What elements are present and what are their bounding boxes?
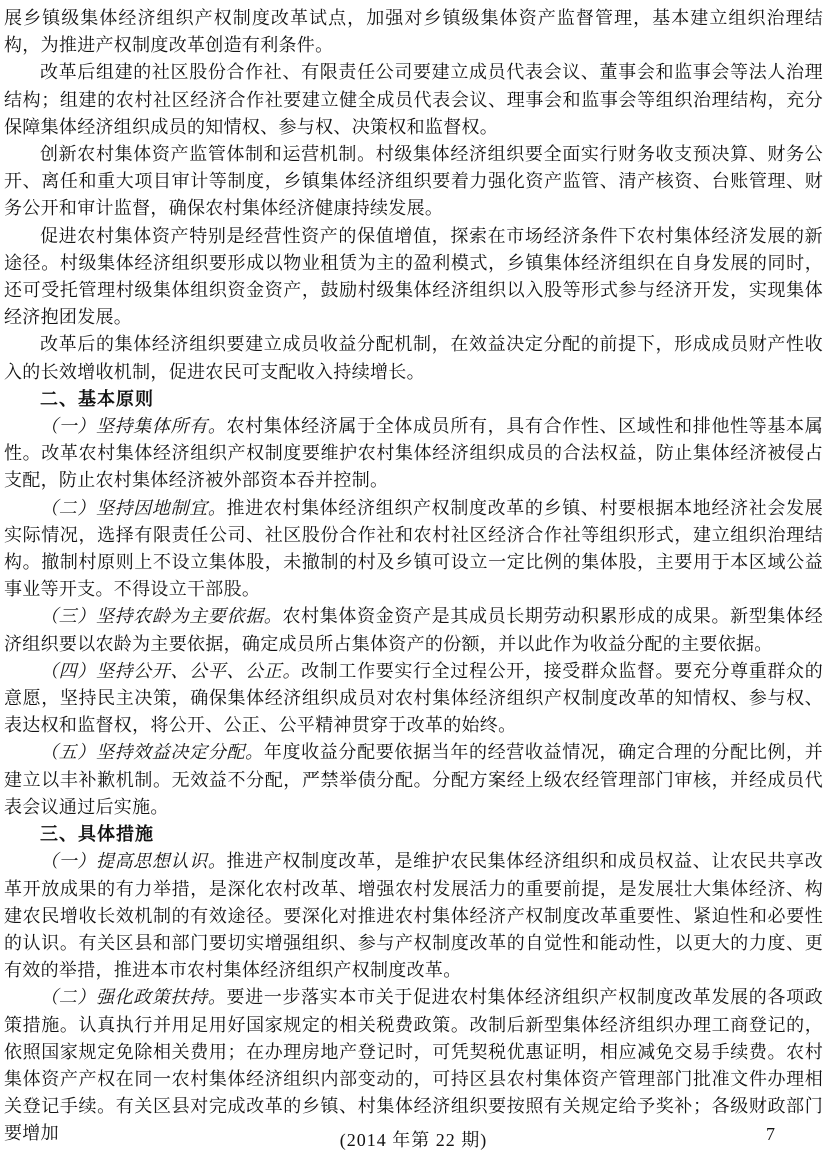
document-body: 展乡镇级集体经济组织产权制度改革试点，加强对乡镇级集体资产监督管理，基本建立组织…: [4, 5, 823, 1148]
clause-lead: （一）坚持集体所有。: [40, 416, 227, 436]
paragraph: 改革后的集体经济组织要建立成员收益分配机制，在效益决定分配的前提下，形成成员财产…: [4, 331, 823, 385]
section-heading: 三、具体措施: [4, 821, 823, 848]
section-heading: 二、基本原则: [4, 386, 823, 413]
paragraph: （二）坚持因地制宜。推进农村集体经济组织产权制度改革的乡镇、村要根据本地经济社会…: [4, 495, 823, 604]
paragraph: （五）坚持效益决定分配。年度收益分配要依据当年的经营收益情况，确定合理的分配比例…: [4, 739, 823, 821]
clause-lead: （五）坚持效益决定分配。: [40, 742, 264, 762]
paragraph: （二）强化政策扶持。要进一步落实本市关于促进农村集体经济组织产权制度改革发展的各…: [4, 984, 823, 1147]
paragraph: 创新农村集体资产监管体制和运营机制。村级集体经济组织要全面实行财务收支预决算、财…: [4, 141, 823, 223]
footer-issue-label: (2014 年第 22 期): [0, 1126, 827, 1152]
paragraph: 改革后组建的社区股份合作社、有限责任公司要建立成员代表会议、董事会和监事会等法人…: [4, 59, 823, 141]
document-page: 展乡镇级集体经济组织产权制度改革试点，加强对乡镇级集体资产监督管理，基本建立组织…: [0, 0, 827, 1170]
page-number: 7: [766, 1124, 775, 1145]
clause-lead: （四）坚持公开、公平、公正。: [40, 661, 301, 681]
clause-lead: （一）提高思想认识。: [40, 851, 227, 871]
paragraph: 展乡镇级集体经济组织产权制度改革试点，加强对乡镇级集体资产监督管理，基本建立组织…: [4, 5, 823, 59]
clause-lead: （三）坚持农龄为主要依据。: [40, 606, 282, 626]
paragraph: 促进农村集体资产特别是经营性资产的保值增值，探索在市场经济条件下农村集体经济发展…: [4, 223, 823, 332]
clause-lead: （二）强化政策扶持。: [40, 987, 227, 1007]
paragraph: （一）提高思想认识。推进产权制度改革，是维护农民集体经济组织和成员权益、让农民共…: [4, 848, 823, 984]
clause-lead: （二）坚持因地制宜。: [40, 498, 227, 518]
paragraph: （一）坚持集体所有。农村集体经济属于全体成员所有，具有合作性、区域性和排他性等基…: [4, 413, 823, 495]
paragraph: （三）坚持农龄为主要依据。农村集体资金资产是其成员长期劳动积累形成的成果。新型集…: [4, 603, 823, 657]
paragraph: （四）坚持公开、公平、公正。改制工作要实行全过程公开，接受群众监督。要充分尊重群…: [4, 658, 823, 740]
